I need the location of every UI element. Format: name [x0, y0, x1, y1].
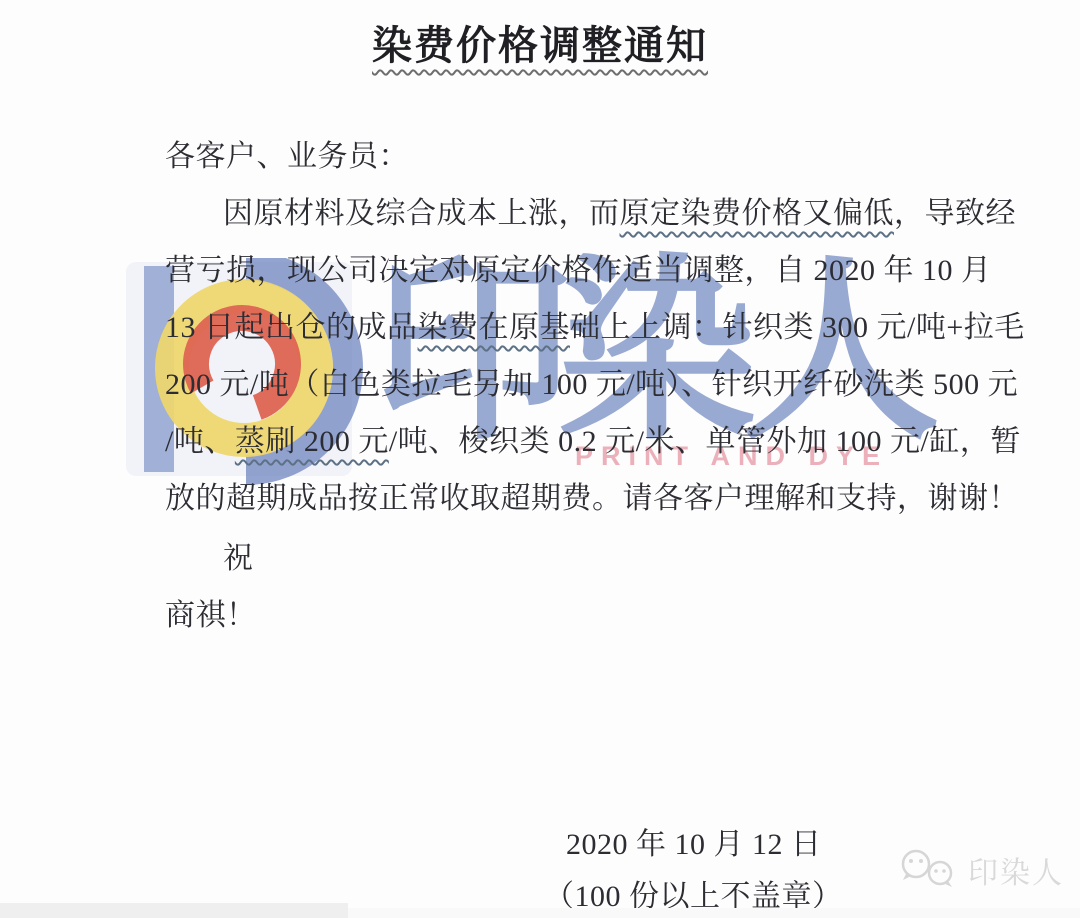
body-line: 营亏损，现公司决定对原定价格作适当调整，自 2020 年 10 月: [165, 252, 992, 290]
body-text: 200 元/吨（白色类拉毛另加 100 元/吨）、针织开纤砂洗类 500 元: [165, 368, 1018, 401]
date-line: 2020 年 10 月 12 日: [566, 826, 822, 864]
body-text: 础上上调：针织类 300 元/吨+拉毛: [570, 311, 1025, 344]
body-line: 13 日起出仓的成品染费在原基础上上调：针织类 300 元/吨+拉毛: [165, 309, 1025, 347]
body-line: 因原材料及综合成本上涨，而原定染费价格又偏低，导致经: [165, 195, 1016, 233]
body-text-underlined: 染费在原基: [418, 311, 571, 344]
scan-edge-strip-dark: [0, 903, 348, 918]
closing-wish-text: 祝: [223, 542, 254, 575]
body-text: /吨、: [165, 425, 235, 458]
salutation-text: 各客户、业务员：: [165, 140, 409, 173]
body-text: 因原材料及综合成本上涨，而: [223, 197, 620, 230]
body-line: 200 元/吨（白色类拉毛另加 100 元/吨）、针织开纤砂洗类 500 元: [165, 366, 1018, 404]
body-text: 13 日起出仓的成品: [165, 311, 418, 344]
body-line: 放的超期成品按正常收取超期费。请各客户理解和支持，谢谢！: [165, 480, 1019, 518]
body-text-underlined: 蒸刷 200 元: [235, 425, 389, 458]
wechat-icon: [898, 849, 960, 891]
body-line: /吨、蒸刷 200 元/吨、梭织类 0.2 元/米、单管外加 100 元/缸，暂: [165, 423, 1021, 461]
closing-regards-line: 商祺！: [165, 597, 257, 635]
page-title-text: 染费价格调整通知: [372, 23, 708, 68]
closing-regards-text: 商祺！: [165, 599, 257, 632]
body-text: ，导致经: [894, 197, 1016, 230]
body-text: /吨、梭织类 0.2 元/米、单管外加 100 元/缸，暂: [389, 425, 1021, 458]
closing-wish-line: 祝: [165, 540, 254, 578]
body-text: 放的超期成品按正常收取超期费。请各客户理解和支持，谢谢！: [165, 482, 1019, 515]
body-text: 营亏损，现公司决定对原定价格作适当调整，自 2020 年 10 月: [165, 254, 992, 287]
corner-brand-watermark: 印染人: [898, 848, 1064, 892]
page-title: 染费价格调整通知: [0, 14, 1080, 71]
date-text: 2020 年 10 月 12 日: [566, 828, 822, 861]
salutation-line: 各客户、业务员：: [165, 138, 409, 176]
scanned-notice-page: 印染人 PRINT AND DYE 染费价格调整通知 各客户、业务员： 因原材料…: [0, 0, 1080, 918]
body-text-underlined: 原定染费价格又偏低: [620, 197, 895, 230]
corner-brand-text: 印染人: [968, 848, 1064, 892]
